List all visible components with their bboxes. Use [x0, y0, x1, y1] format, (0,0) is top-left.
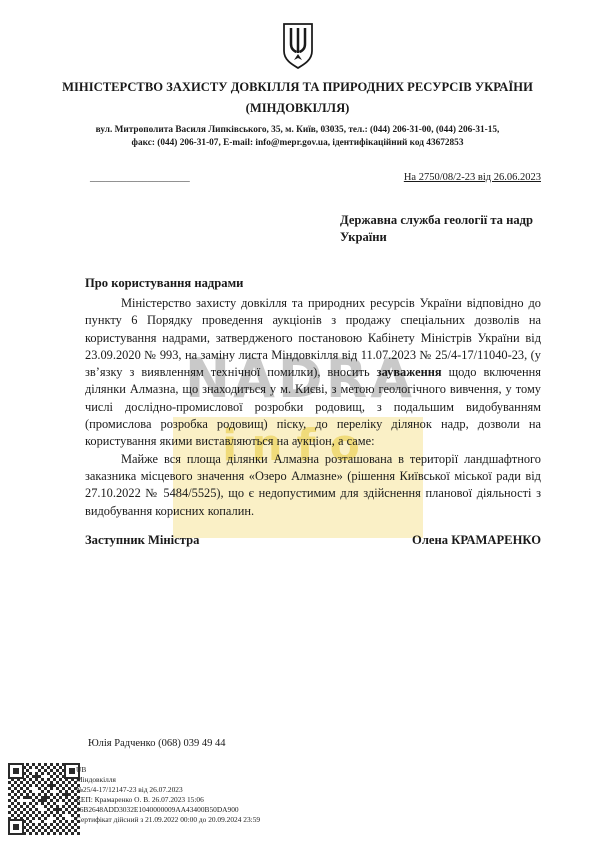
letter-page: NADRA info МІНІСТЕРСТВО ЗАХИСТУ ДОВКІЛЛЯ…: [0, 0, 595, 841]
subject-line: Про користування надрами: [85, 276, 243, 291]
recipient-line-2: України: [340, 229, 555, 246]
stamp-line-3: №25/4-17/12147-23 від 26.07.2023: [76, 785, 260, 795]
recipient-line-1: Державна служба геології та надр: [340, 212, 555, 229]
qr-code: [8, 763, 80, 840]
letter-body: Міністерство захисту довкілля та природн…: [85, 295, 541, 520]
ministry-address: вул. Митрополита Василя Липківського, 35…: [0, 124, 595, 149]
incoming-ref-number: На 2750/08/2-23 від 26.06.2023: [404, 172, 541, 183]
letter-content: МІНІСТЕРСТВО ЗАХИСТУ ДОВКІЛЛЯ ТА ПРИРОДН…: [0, 0, 595, 841]
stamp-line-6: Сертифікат дійсний з 21.09.2022 00:00 до…: [76, 815, 260, 825]
ministry-short-name: (МІНДОВКІЛЛЯ): [0, 101, 595, 116]
address-line-2: факс: (044) 206-31-07, E-mail: info@mepr…: [0, 137, 595, 150]
address-line-1: вул. Митрополита Василя Липківського, 35…: [0, 124, 595, 137]
ukraine-trident-icon: [0, 22, 595, 75]
contact-person: Юлія Радченко (068) 039 49 44: [88, 738, 225, 749]
paragraph-1: Міністерство захисту довкілля та природн…: [85, 295, 541, 451]
outgoing-ref-blank: ___________________: [90, 172, 190, 183]
recipient-block: Державна служба геології та надр України: [340, 212, 555, 246]
stamp-line-1: UB: [76, 765, 260, 775]
stamp-line-4: КЕП: Крамаренко О. В. 26.07.2023 15:06: [76, 795, 260, 805]
paragraph-1-bold-word: зауваження: [377, 365, 442, 379]
stamp-line-5: 26B2648ADD3032E1040000009AA43400B50DA900: [76, 805, 260, 815]
stamp-line-2: Міндовкілля: [76, 775, 260, 785]
signer-name: Олена КРАМАРЕНКО: [412, 533, 541, 548]
signer-title: Заступник Міністра: [85, 533, 199, 548]
paragraph-2: Майже вся площа ділянки Алмазна розташов…: [85, 451, 541, 520]
signature-row: Заступник Міністра Олена КРАМАРЕНКО: [85, 533, 541, 548]
digital-signature-stamp: UB Міндовкілля №25/4-17/12147-23 від 26.…: [76, 765, 260, 824]
ministry-name: МІНІСТЕРСТВО ЗАХИСТУ ДОВКІЛЛЯ ТА ПРИРОДН…: [0, 80, 595, 95]
